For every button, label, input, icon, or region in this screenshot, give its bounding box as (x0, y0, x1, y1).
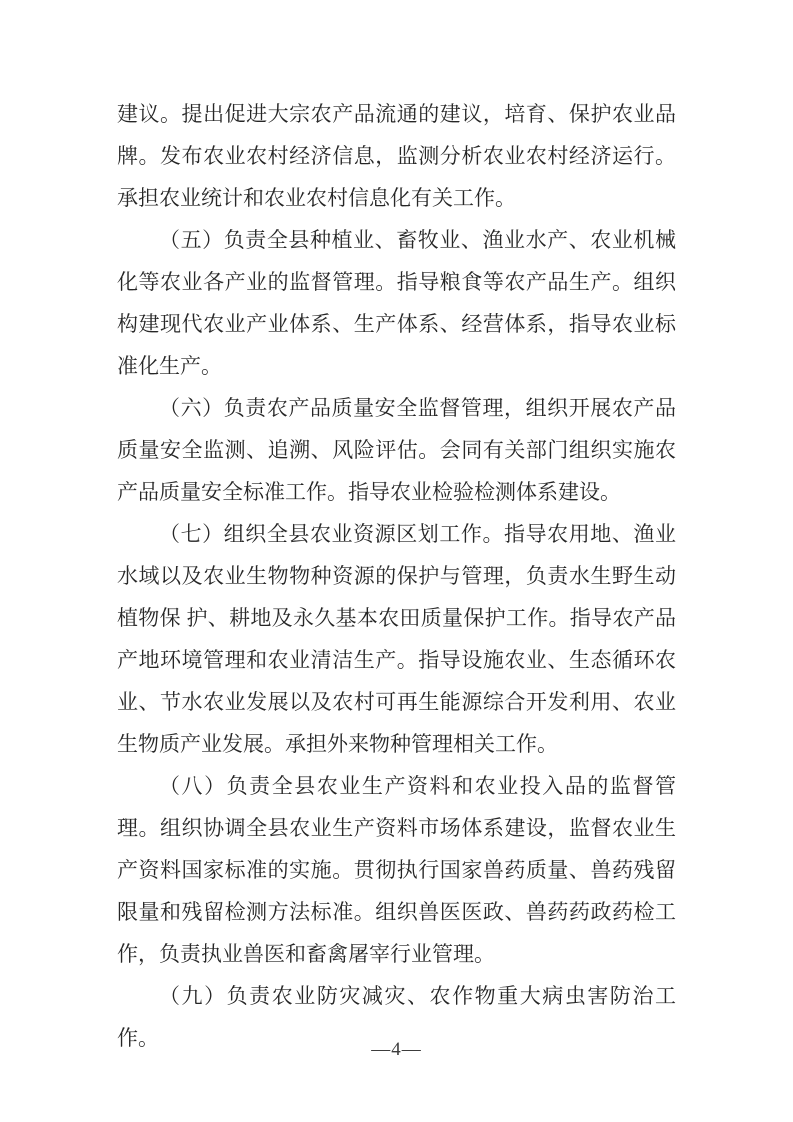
document-body: 建议。提出促进大宗农产品流通的建议，培育、保护农业品牌。发布农业农村经济信息，监… (117, 93, 676, 1059)
document-page: 建议。提出促进大宗农产品流通的建议，培育、保护农业品牌。发布农业农村经济信息，监… (0, 0, 793, 1122)
para-item-8: （八）负责全县农业生产资料和农业投入品的监督管理。组织协调全县农业生产资料市场体… (117, 765, 676, 975)
para-continued: 建议。提出促进大宗农产品流通的建议，培育、保护农业品牌。发布农业农村经济信息，监… (117, 93, 676, 219)
para-item-7: （七）组织全县农业资源区划工作。指导农用地、渔业水域以及农业生物物种资源的保护与… (117, 513, 676, 765)
para-item-5: （五）负责全县种植业、畜牧业、渔业水产、农业机械化等农业各产业的监督管理。指导粮… (117, 219, 676, 387)
para-item-6: （六）负责农产品质量安全监督管理，组织开展农产品质量安全监测、追溯、风险评估。会… (117, 387, 676, 513)
page-number: —4— (0, 1036, 793, 1064)
